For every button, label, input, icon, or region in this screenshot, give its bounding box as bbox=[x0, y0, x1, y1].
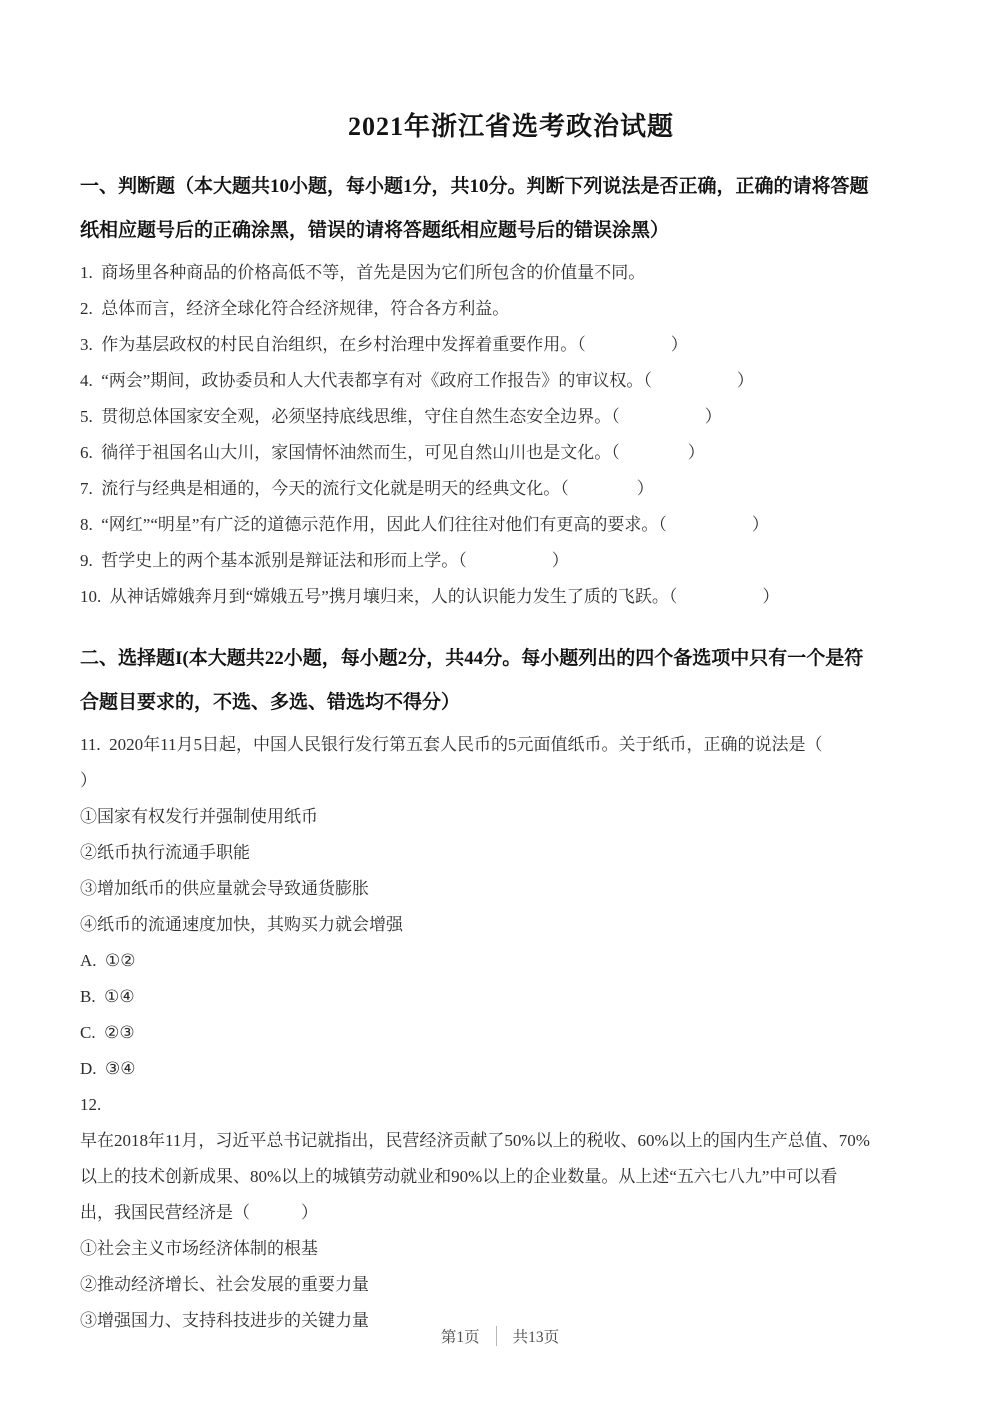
text-line: ③增加纸币的供应量就会导致通货膨胀 bbox=[80, 871, 942, 907]
text-line: B. ①④ bbox=[80, 979, 942, 1015]
page-footer: 第1页 共13页 bbox=[0, 1325, 1000, 1347]
text-line: 10. 从神话嫦娥奔月到“嫦娥五号”携月壤归来，人的认识能力发生了质的飞跃。（ … bbox=[80, 579, 942, 615]
heading-line: 二、选择题I(本大题共22小题，每小题2分，共44分。每小题列出的四个备选项中只… bbox=[80, 637, 942, 681]
text-line: ②推动经济增长、社会发展的重要力量 bbox=[80, 1267, 942, 1303]
text-line: 4. “两会”期间，政协委员和人大代表都享有对《政府工作报告》的审议权。（ ） bbox=[80, 363, 942, 399]
section-heading: 二、选择题I(本大题共22小题，每小题2分，共44分。每小题列出的四个备选项中只… bbox=[80, 637, 942, 725]
text-line: ①国家有权发行并强制使用纸币 bbox=[80, 799, 942, 835]
text-line: 以上的技术创新成果、80%以上的城镇劳动就业和90%以上的企业数量。从上述“五六… bbox=[80, 1159, 942, 1195]
text-line: ①社会主义市场经济体制的根基 bbox=[80, 1231, 942, 1267]
text-line: 3. 作为基层政权的村民自治组织，在乡村治理中发挥着重要作用。（ ） bbox=[80, 327, 942, 363]
text-line: 6. 徜徉于祖国名山大川，家国情怀油然而生，可见自然山川也是文化。（ ） bbox=[80, 435, 942, 471]
total-pages: 共13页 bbox=[513, 1325, 560, 1347]
question-block: 1. 商场里各种商品的价格高低不等，首先是因为它们所包含的价值量不同。2. 总体… bbox=[80, 255, 942, 615]
text-line: D. ③④ bbox=[80, 1051, 942, 1087]
page-number: 第1页 bbox=[441, 1325, 480, 1347]
text-line: 11. 2020年11月5日起，中国人民银行发行第五套人民币的5元面值纸币。关于… bbox=[80, 727, 942, 763]
text-line: 12. bbox=[80, 1087, 942, 1123]
text-line: 9. 哲学史上的两个基本派别是辩证法和形而上学。（ ） bbox=[80, 543, 942, 579]
text-line: 1. 商场里各种商品的价格高低不等，首先是因为它们所包含的价值量不同。 bbox=[80, 255, 942, 291]
text-line: 8. “网红”“明星”有广泛的道德示范作用，因此人们往往对他们有更高的要求。（ … bbox=[80, 507, 942, 543]
text-line: 2. 总体而言，经济全球化符合经济规律，符合各方利益。 bbox=[80, 291, 942, 327]
document-content: 2021年浙江省选考政治试题 一、判断题（本大题共10小题，每小题1分，共10分… bbox=[80, 0, 942, 1339]
document-body: 一、判断题（本大题共10小题，每小题1分，共10分。判断下列说法是否正确，正确的… bbox=[80, 165, 942, 1339]
text-line: 出，我国民营经济是（ ） bbox=[80, 1195, 942, 1231]
text-line: 7. 流行与经典是相通的，今天的流行文化就是明天的经典文化。（ ） bbox=[80, 471, 942, 507]
section-heading: 一、判断题（本大题共10小题，每小题1分，共10分。判断下列说法是否正确，正确的… bbox=[80, 165, 942, 253]
text-line: ④纸币的流通速度加快，其购买力就会增强 bbox=[80, 907, 942, 943]
question-block: 11. 2020年11月5日起，中国人民银行发行第五套人民币的5元面值纸币。关于… bbox=[80, 727, 942, 1339]
text-line: A. ①② bbox=[80, 943, 942, 979]
heading-line: 纸相应题号后的正确涂黑，错误的请将答题纸相应题号后的错误涂黑） bbox=[80, 209, 942, 253]
heading-line: 一、判断题（本大题共10小题，每小题1分，共10分。判断下列说法是否正确，正确的… bbox=[80, 165, 942, 209]
text-line: ） bbox=[80, 763, 942, 799]
footer-divider bbox=[496, 1326, 497, 1346]
document-page: 2021年浙江省选考政治试题 一、判断题（本大题共10小题，每小题1分，共10分… bbox=[0, 0, 1000, 1415]
text-line: C. ②③ bbox=[80, 1015, 942, 1051]
document-title: 2021年浙江省选考政治试题 bbox=[80, 0, 942, 143]
text-line: ②纸币执行流通手职能 bbox=[80, 835, 942, 871]
heading-line: 合题目要求的，不选、多选、错选均不得分） bbox=[80, 681, 942, 725]
text-line: 5. 贯彻总体国家安全观，必须坚持底线思维，守住自然生态安全边界。（ ） bbox=[80, 399, 942, 435]
text-line: 早在2018年11月，习近平总书记就指出，民营经济贡献了50%以上的税收、60%… bbox=[80, 1123, 942, 1159]
